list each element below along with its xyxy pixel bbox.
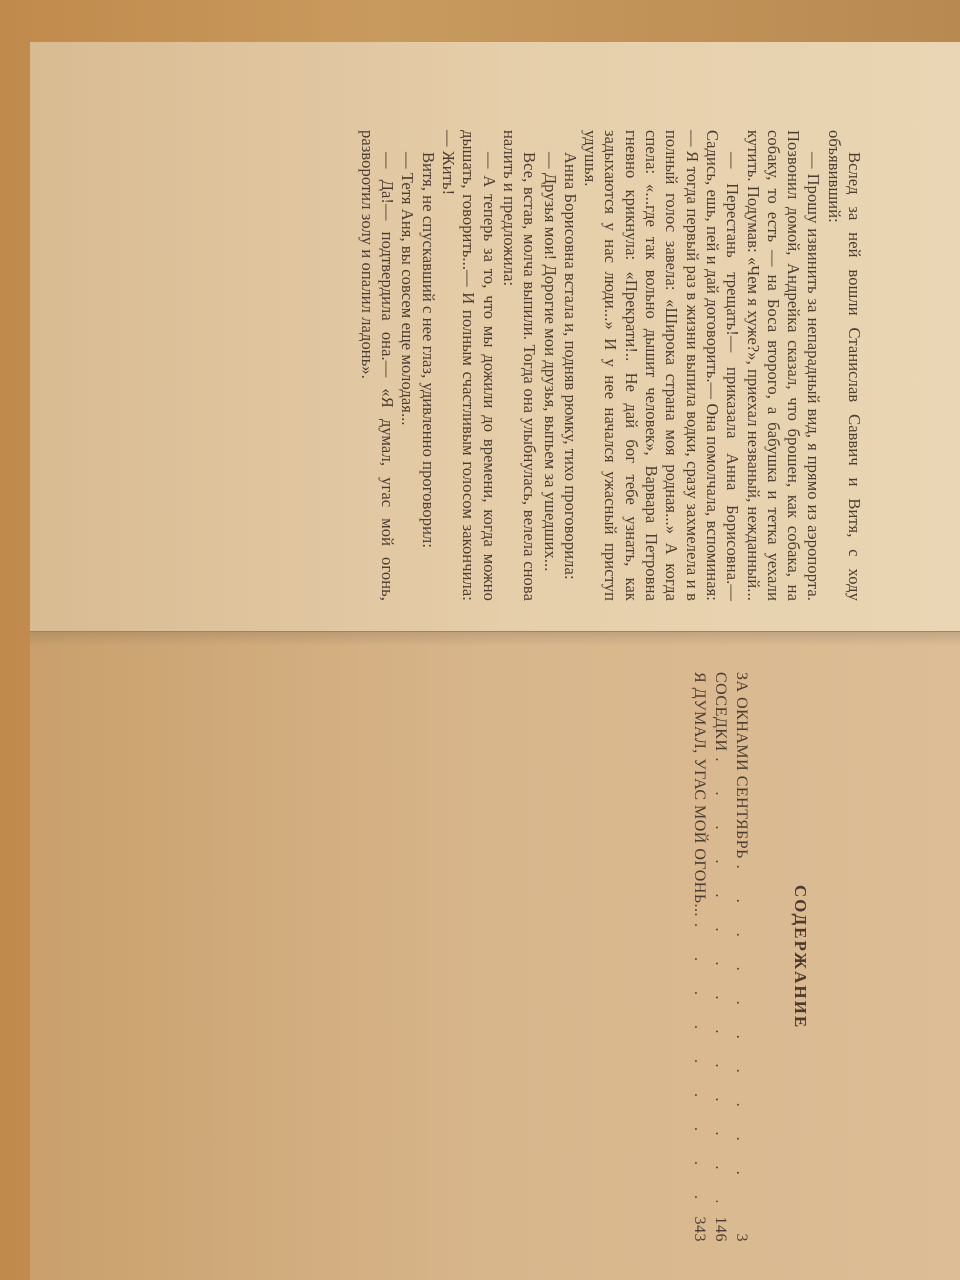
toc-entry-title: СОСЕДКИ — [711, 672, 729, 752]
paragraph: — Тетя Аня, вы совсем еще молодая... — [397, 130, 417, 601]
paragraph: Вслед за ней вошли Станислав Саввич и Ви… — [823, 130, 864, 601]
book-spread: Вслед за ней вошли Станислав Саввич и Ви… — [30, 42, 960, 1280]
paragraph: — Перестань трещать!— приказала Анна Бор… — [580, 130, 742, 601]
toc-entry-title: ЗА ОКНАМИ СЕНТЯБРЬ — [732, 672, 750, 859]
toc-leader-dots: . . . . . . . . . . . . . . . . . . . . … — [690, 917, 708, 1202]
contents-title: СОДЕРЖАНИЕ — [790, 672, 810, 1242]
paragraph: Анна Борисовна встала и, подняв рюмку, т… — [560, 130, 580, 601]
toc-leader-dots: . . . . . . . . . . . . . . . . . . . . … — [732, 859, 750, 1202]
left-page: Вслед за ней вошли Станислав Саввич и Ви… — [30, 42, 960, 632]
paragraph: Витя, не спускавший с нее глаз, удивленн… — [417, 130, 437, 601]
contents-page: СОДЕРЖАНИЕ ЗА ОКНАМИ СЕНТЯБРЬ . . . . . … — [30, 632, 960, 1280]
paragraph: — А теперь за то, что мы дожили до време… — [438, 130, 499, 601]
toc-entry-title: Я ДУМАЛ, УГАС МОЙ ОГОНЬ... — [690, 672, 708, 917]
toc-page-number: 3 — [732, 1202, 750, 1242]
toc-entry: СОСЕДКИ . . . . . . . . . . . . . . . . … — [708, 672, 729, 1242]
paragraph: Все, встав, молча выпили. Тогда она улыб… — [499, 130, 540, 601]
toc-leader-dots: . . . . . . . . . . . . . . . . . . . . … — [711, 752, 729, 1202]
toc-page-number: 146 — [711, 1202, 729, 1242]
paragraph: — Прошу извинить за непарадный вид, я пр… — [742, 130, 823, 601]
toc-entry: Я ДУМАЛ, УГАС МОЙ ОГОНЬ... . . . . . . .… — [687, 672, 708, 1242]
paragraph: — Друзья мои! Дорогие мои друзья, выпьем… — [539, 130, 559, 601]
paragraph: — Да!— подтвердила она.— «Я думал, угас … — [357, 130, 398, 601]
toc-page-number: 343 — [690, 1202, 708, 1242]
toc-entry: ЗА ОКНАМИ СЕНТЯБРЬ . . . . . . . . . . .… — [729, 672, 750, 1242]
